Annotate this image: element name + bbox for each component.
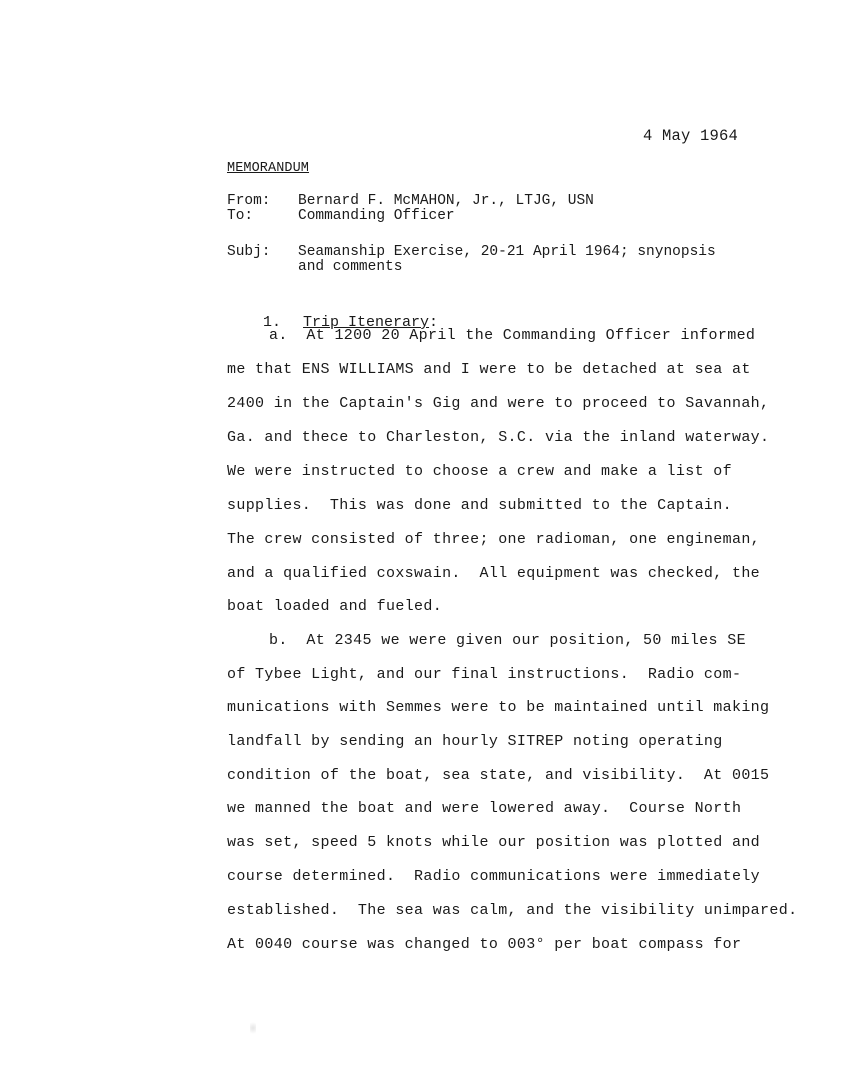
scan-smudge xyxy=(250,1020,256,1036)
body-line: We were instructed to choose a crew and … xyxy=(227,463,732,480)
to-row: To: Commanding Officer xyxy=(227,209,594,224)
from-value: Bernard F. McMAHON, Jr., LTJG, USN xyxy=(298,194,594,209)
body-line: of Tybee Light, and our final instructio… xyxy=(227,666,741,683)
body-line: established. The sea was calm, and the v… xyxy=(227,902,797,919)
body-line: we manned the boat and were lowered away… xyxy=(227,800,741,817)
to-value: Commanding Officer xyxy=(298,209,455,224)
memorandum-page: 4 May 1964 MEMORANDUM From: Bernard F. M… xyxy=(0,0,841,1066)
from-row: From: Bernard F. McMAHON, Jr., LTJG, USN xyxy=(227,194,594,209)
memo-header-subject: Subj: Seamanship Exercise, 20-21 April 1… xyxy=(227,245,716,275)
body-line: 2400 in the Captain's Gig and were to pr… xyxy=(227,395,769,412)
body-line: boat loaded and fueled. xyxy=(227,598,442,615)
body-line: landfall by sending an hourly SITREP not… xyxy=(227,733,723,750)
memo-date: 4 May 1964 xyxy=(643,127,738,145)
body-line: supplies. This was done and submitted to… xyxy=(227,497,732,514)
body-line: me that ENS WILLIAMS and I were to be de… xyxy=(227,361,751,378)
body-line: was set, speed 5 knots while our positio… xyxy=(227,834,760,851)
body-line: At 0040 course was changed to 003° per b… xyxy=(227,936,741,953)
subj-label-spacer xyxy=(227,260,298,275)
body-line: munications with Semmes were to be maint… xyxy=(227,699,769,716)
body-line: and a qualified coxswain. All equipment … xyxy=(227,565,760,582)
body-line: condition of the boat, sea state, and vi… xyxy=(227,767,769,784)
subj-row-continued: and comments xyxy=(227,260,716,275)
memo-header-from-to: From: Bernard F. McMAHON, Jr., LTJG, USN… xyxy=(227,194,594,224)
memo-title: MEMORANDUM xyxy=(227,161,309,176)
from-label: From: xyxy=(227,194,298,209)
to-label: To: xyxy=(227,209,298,224)
subj-value-line2: and comments xyxy=(298,260,402,275)
body-line: a. At 1200 20 April the Commanding Offic… xyxy=(227,327,755,344)
subj-label: Subj: xyxy=(227,245,298,260)
subj-row: Subj: Seamanship Exercise, 20-21 April 1… xyxy=(227,245,716,260)
body-line: The crew consisted of three; one radioma… xyxy=(227,531,760,548)
subj-value-line1: Seamanship Exercise, 20-21 April 1964; s… xyxy=(298,245,716,260)
body-line: Ga. and thece to Charleston, S.C. via th… xyxy=(227,429,769,446)
body-line: course determined. Radio communications … xyxy=(227,868,760,885)
body-line: b. At 2345 we were given our position, 5… xyxy=(227,632,746,649)
